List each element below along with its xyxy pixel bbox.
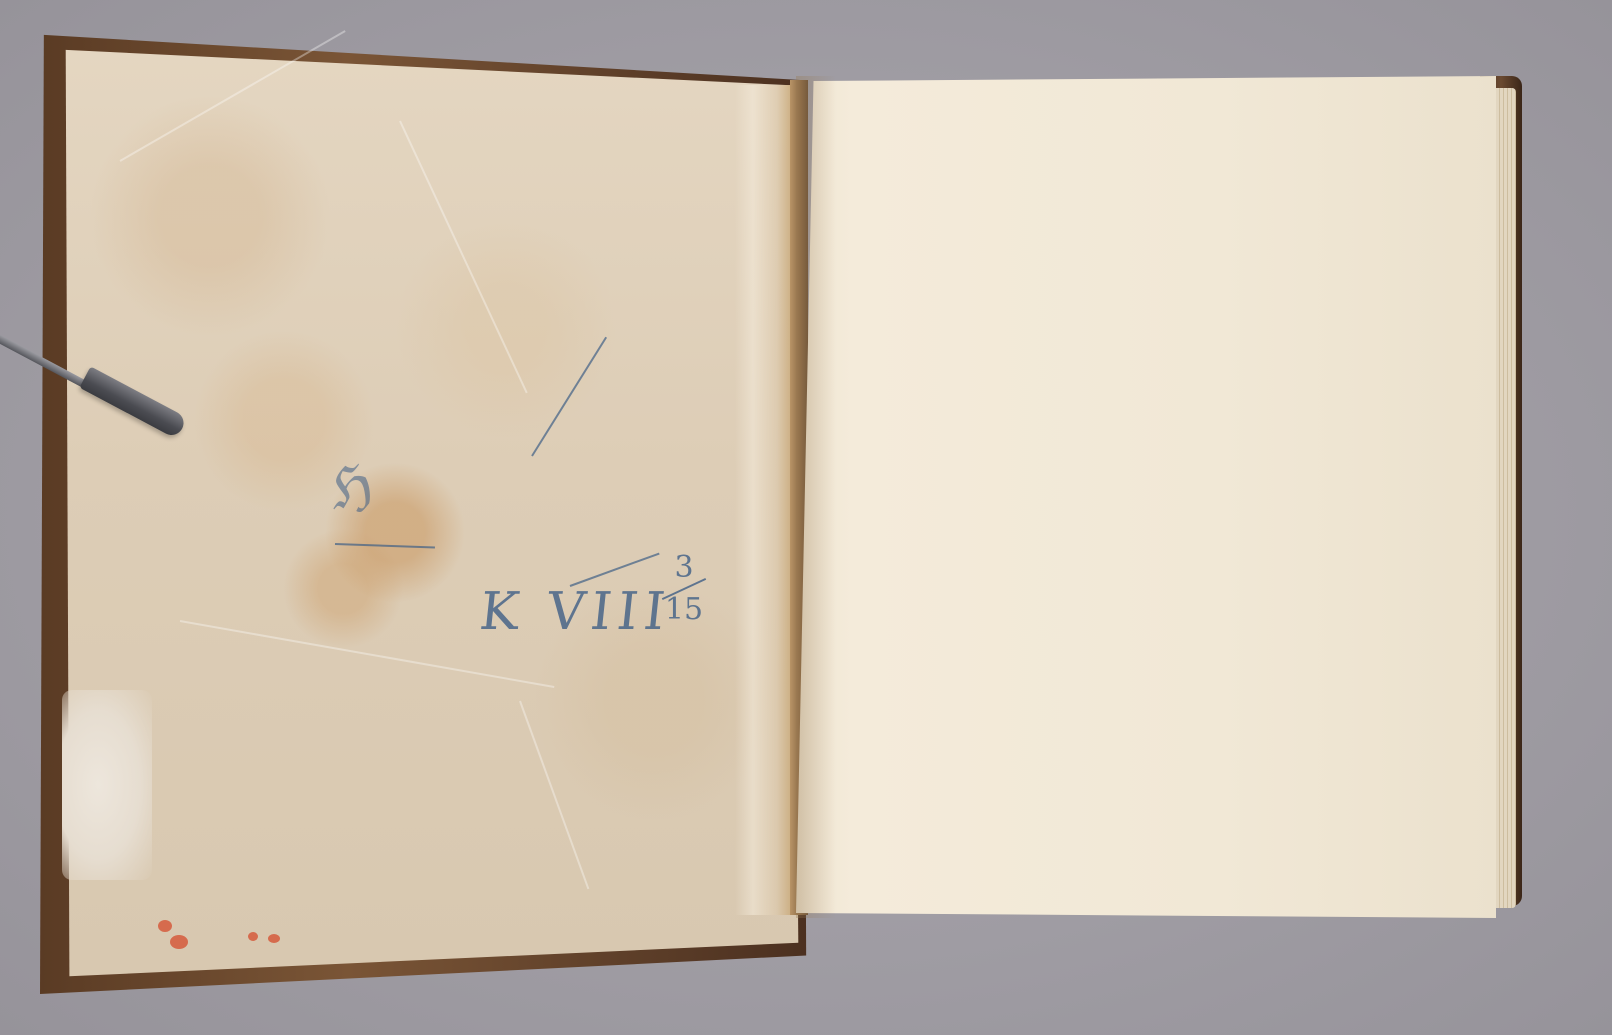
- pencil-shelfmark: K VIII: [477, 582, 674, 642]
- gutter-shadow: [796, 76, 836, 918]
- hinge-repair-strip: [735, 85, 795, 915]
- fraction-bottom: 15: [665, 592, 703, 627]
- red-stain: [248, 932, 258, 941]
- worn-paper-patch: [62, 690, 152, 880]
- pencil-fraction: 3 15: [660, 548, 708, 630]
- blank-right-page: [796, 76, 1496, 918]
- red-stain: [158, 920, 172, 932]
- fraction-top: 3: [674, 550, 693, 585]
- red-stain: [170, 935, 188, 949]
- book-photo: ℌ K VIII 3 15: [0, 0, 1612, 1035]
- red-stain: [268, 934, 280, 943]
